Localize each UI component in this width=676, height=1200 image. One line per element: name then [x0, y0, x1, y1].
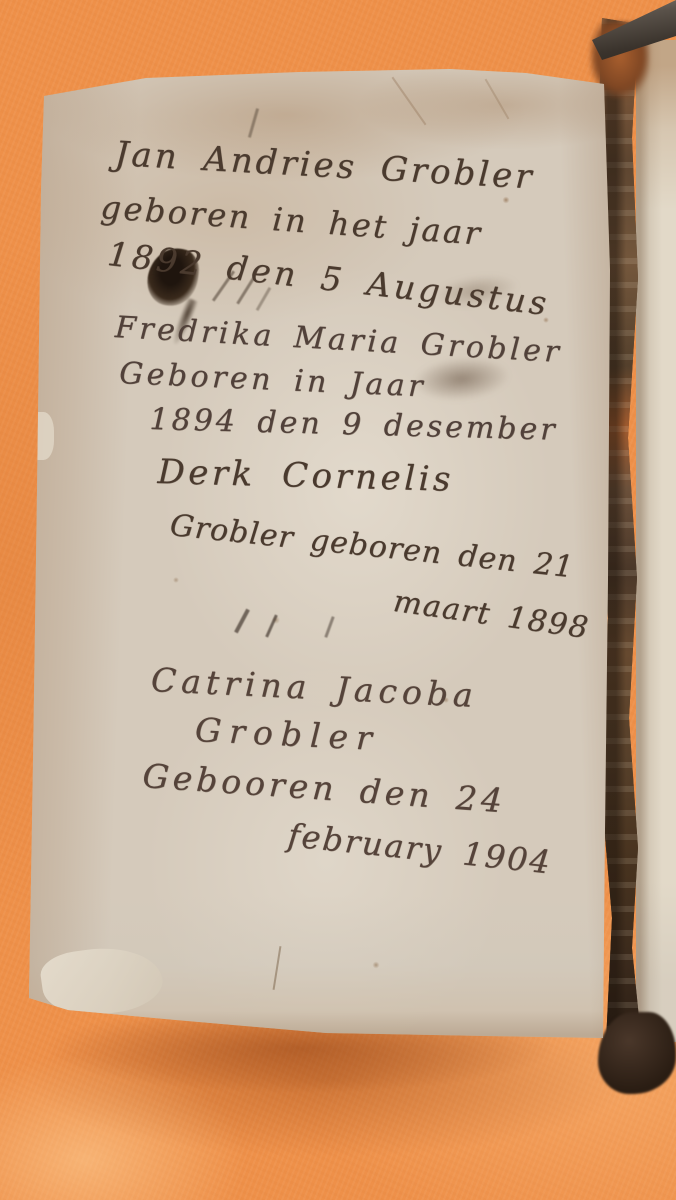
handwriting-derk-birth-text: Grobler geboren den 21 — [168, 508, 575, 585]
handwriting-catrina-birth-text: Gebooren den 24 — [141, 756, 507, 820]
handwriting-jan-birth-date: 1892 den 5 Augustus — [106, 234, 552, 323]
ink-flourish-mark — [248, 108, 259, 138]
photo-of-old-book-on-orange-fabric: Jan Andries Grobler geboren in het jaar … — [0, 0, 676, 1200]
handwriting-name-jan-andries: Jan Andries Grobler — [114, 134, 536, 197]
handwriting-name-derk-cornelis: Derk Cornelis — [157, 452, 454, 500]
paper-crack-bottom — [273, 946, 282, 990]
paper-chip-left-edge — [28, 412, 54, 460]
ink-dash-mark — [324, 616, 334, 638]
book-page: Jan Andries Grobler geboren in het jaar … — [26, 60, 612, 1045]
paper-crease-top-2 — [485, 79, 510, 120]
handwriting-name-catrina-jacoba: Catrina Jacoba — [150, 660, 478, 715]
spine-leather-remnant-bottom — [598, 1012, 676, 1094]
handwriting-catrina-birth-date: february 1904 — [286, 816, 554, 882]
paper-chip-bottom-left — [38, 940, 166, 1022]
right-page-edge — [636, 40, 676, 1042]
paper-crease-top-1 — [392, 77, 427, 126]
handwriting-fredrika-birth-date: 1894 den 9 desember — [149, 402, 558, 448]
ink-dash-mark — [265, 614, 278, 637]
handwriting-catrina-surname: Grobler — [194, 710, 381, 758]
handwriting-fredrika-birth-text: Geboren in Jaar — [118, 356, 426, 404]
ink-dash-mark — [234, 609, 250, 634]
handwriting-derk-birth-date: maart 1898 — [391, 584, 591, 646]
